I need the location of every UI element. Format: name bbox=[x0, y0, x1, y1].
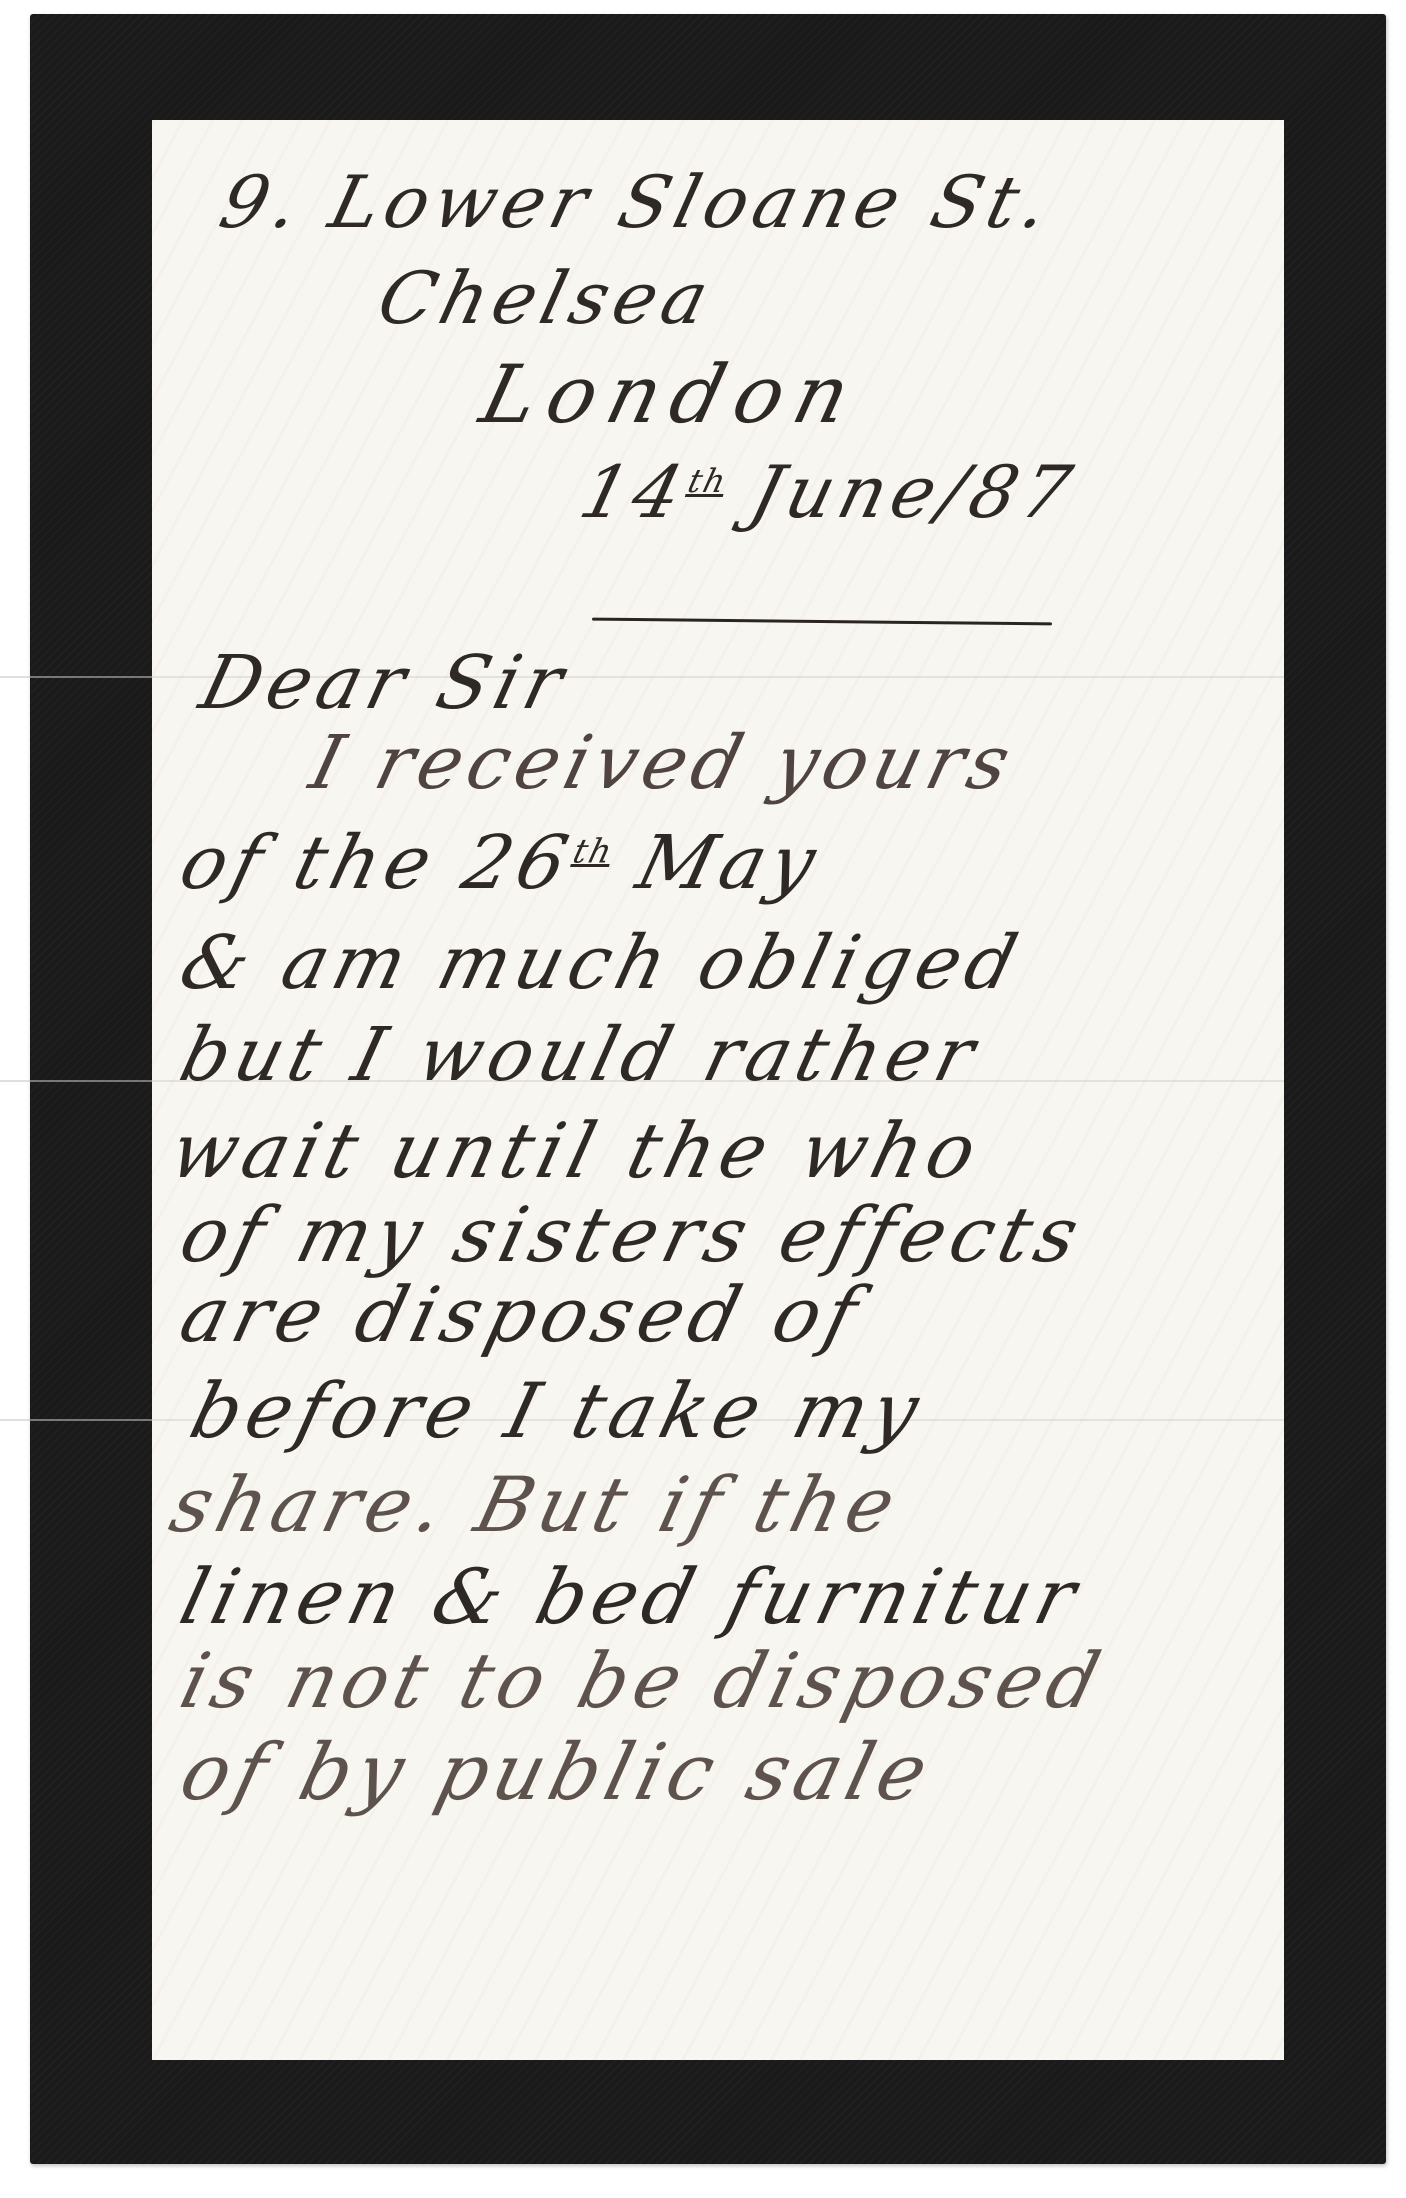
body-line: of by public sale bbox=[172, 1728, 942, 1818]
date-month-year: June/87 bbox=[742, 450, 1085, 534]
body-line: of the 26th May bbox=[172, 820, 830, 906]
body-line-part: of the 26 bbox=[172, 820, 582, 906]
letter-paper: 9. Lower Sloane St. Chelsea London 14th … bbox=[152, 120, 1284, 2060]
date-day-suffix: th bbox=[684, 462, 731, 500]
body-line: linen & bed furnitur bbox=[172, 1552, 1091, 1641]
mourning-letter-border: 9. Lower Sloane St. Chelsea London 14th … bbox=[30, 14, 1386, 2164]
address-line-street: 9. Lower Sloane St. bbox=[212, 160, 1063, 244]
letter-date: 14th June/87 bbox=[572, 450, 1085, 534]
body-line-part: May bbox=[629, 820, 830, 906]
date-day: 14 bbox=[572, 450, 697, 534]
body-line: I received yours bbox=[302, 720, 1024, 806]
date-underline bbox=[592, 618, 1052, 626]
address-line-city: London bbox=[472, 348, 871, 441]
body-line: & am much obliged bbox=[172, 920, 1031, 1006]
body-line: but I would rather bbox=[172, 1012, 989, 1098]
address-line-district: Chelsea bbox=[370, 256, 723, 340]
body-line: is not to be disposed bbox=[172, 1636, 1114, 1725]
body-line: share. But if the bbox=[162, 1460, 910, 1549]
body-line: of my sisters effects bbox=[172, 1190, 1093, 1279]
ordinal-suffix: th bbox=[569, 831, 618, 870]
body-line: before I take my bbox=[182, 1366, 933, 1455]
body-line: are disposed of bbox=[172, 1270, 872, 1359]
body-line: wait until the who bbox=[162, 1106, 991, 1195]
salutation: Dear Sir bbox=[192, 640, 577, 726]
